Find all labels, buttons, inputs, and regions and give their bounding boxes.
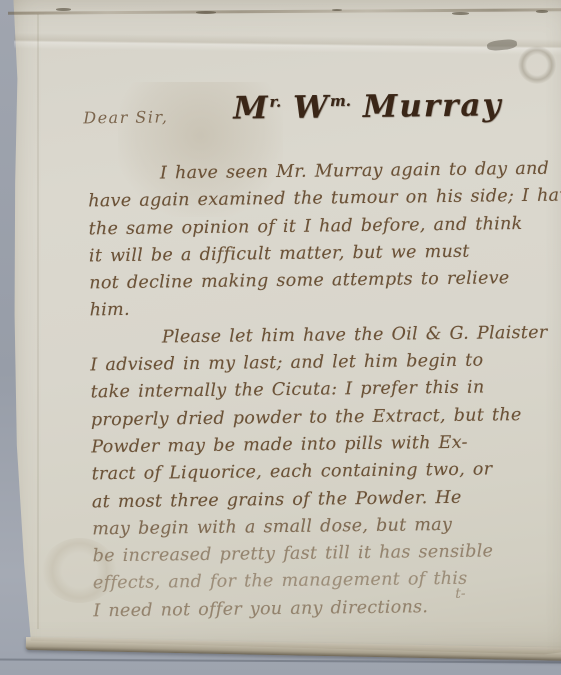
- heading-title: M: [233, 90, 270, 126]
- manuscript-line: I need not offer you any directions.: [93, 592, 551, 625]
- heading-given-superscript: m.: [330, 92, 351, 110]
- manuscript-line: the same opinion of it I had before, and…: [89, 210, 547, 243]
- salutation: Dear Sir,: [83, 107, 168, 127]
- page-catchword-mark: t-: [455, 586, 466, 602]
- manuscript-line: properly dried powder to the Extract, bu…: [91, 401, 549, 434]
- heading-surname: Murray: [363, 87, 503, 125]
- letter-body: I have seen Mr. Murray again to day and …: [88, 156, 552, 626]
- heading-title-superscript: r.: [269, 93, 281, 111]
- letter-text: Dear Sir, Mr.Wm.Murray I have seen Mr. M…: [0, 0, 561, 675]
- addressee-heading: Mr.Wm.Murray: [233, 87, 503, 126]
- heading-given: W: [293, 89, 330, 125]
- photograph-background: Dear Sir, Mr.Wm.Murray I have seen Mr. M…: [0, 0, 561, 675]
- manuscript-line: tract of Liquorice, each containing two,…: [92, 456, 550, 489]
